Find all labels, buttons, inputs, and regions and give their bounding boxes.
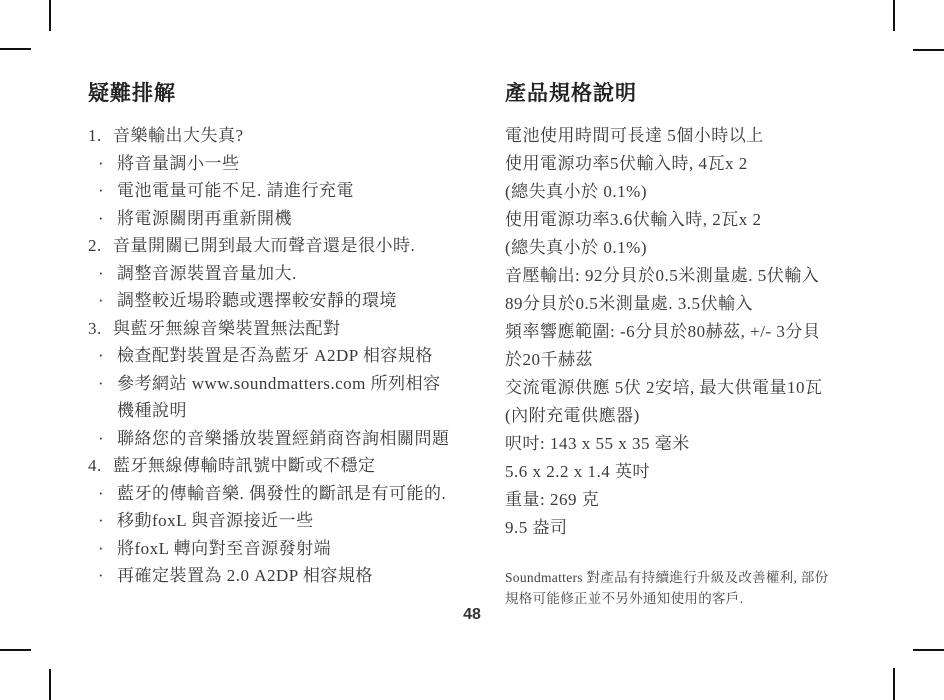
line-text: 藍牙無線傳輸時訊號中斷或不穩定 — [113, 456, 376, 475]
line-marker: · — [98, 562, 104, 590]
troubleshooting-line: ·調整較近場聆聽或選擇較安靜的環境 — [88, 287, 488, 315]
crop-mark-bottom-right-vertical — [893, 668, 895, 700]
crop-mark-bottom-left-vertical — [49, 669, 51, 700]
line-marker: · — [98, 150, 104, 178]
spec-line: 使用電源功率3.6伏輸入時, 2瓦x 2 — [505, 206, 905, 234]
line-text: 調整音源裝置音量加大. — [117, 264, 297, 283]
line-marker: · — [98, 507, 104, 535]
footnote: Soundmatters 對產品有持續進行升級及改善權利, 部份 規格可能修正並… — [505, 568, 905, 609]
spec-line: 於20千赫茲 — [505, 346, 905, 374]
spec-line: 電池使用時間可長達 5個小時以上 — [505, 122, 905, 150]
spec-line: 89分貝於0.5米測量處. 3.5伏輸入 — [505, 290, 905, 318]
crop-mark-top-left-horizontal — [0, 48, 31, 50]
line-text: 調整較近場聆聽或選擇較安靜的環境 — [117, 291, 397, 310]
line-marker: · — [98, 425, 104, 453]
troubleshooting-line: ·藍牙的傳輸音樂. 偶發性的斷訊是有可能的. — [88, 480, 488, 508]
spec-line: 交流電源供應 5伏 2安培, 最大供電量10瓦 — [505, 374, 905, 402]
troubleshooting-line: ·將音量調小一些 — [88, 150, 488, 178]
troubleshooting-line: ·調整音源裝置音量加大. — [88, 260, 488, 288]
line-marker: · — [98, 177, 104, 205]
line-marker: 1. — [88, 122, 102, 150]
specifications-list: 電池使用時間可長達 5個小時以上 使用電源功率5伏輸入時, 4瓦x 2 (總失真… — [505, 122, 905, 542]
line-text: 聯絡您的音樂播放裝置經銷商咨詢相關問題 — [117, 429, 450, 448]
troubleshooting-section: 疑難排解 1.音樂輸出大失真? ·將音量調小一些 ·電池電量可能不足. 請進行充… — [88, 80, 488, 590]
spec-line: 音壓輸出: 92分貝於0.5米測量處. 5伏輸入 — [505, 262, 905, 290]
troubleshooting-line: 3.與藍牙無線音樂裝置無法配對 — [88, 315, 488, 343]
line-text: 將電源關閉再重新開機 — [117, 209, 292, 228]
line-marker: 4. — [88, 452, 102, 480]
footnote-line: Soundmatters 對產品有持續進行升級及改善權利, 部份 — [505, 568, 905, 589]
troubleshooting-line: ·聯絡您的音樂播放裝置經銷商咨詢相關問題 — [88, 425, 488, 453]
troubleshooting-title: 疑難排解 — [88, 80, 488, 108]
spec-line: (內附充電供應器) — [505, 402, 905, 430]
troubleshooting-line: 1.音樂輸出大失真? — [88, 122, 488, 150]
crop-mark-bottom-right-horizontal — [913, 649, 944, 651]
troubleshooting-line: 機種說明 — [88, 397, 488, 425]
line-marker: · — [98, 287, 104, 315]
troubleshooting-line: ·將電源關閉再重新開機 — [88, 205, 488, 233]
line-text: 將音量調小一些 — [117, 154, 240, 173]
line-text: 移動foxL 與音源接近一些 — [117, 511, 314, 530]
line-marker: · — [98, 260, 104, 288]
line-marker: 2. — [88, 232, 102, 260]
spec-line: (總失真小於 0.1%) — [505, 234, 905, 262]
spec-line: 頻率響應範圍: -6分貝於80赫茲, +/- 3分貝 — [505, 318, 905, 346]
troubleshooting-line: ·再確定裝置為 2.0 A2DP 相容規格 — [88, 562, 488, 590]
line-marker: · — [98, 480, 104, 508]
spec-line: 使用電源功率5伏輸入時, 4瓦x 2 — [505, 150, 905, 178]
manual-page: 疑難排解 1.音樂輸出大失真? ·將音量調小一些 ·電池電量可能不足. 請進行充… — [0, 0, 944, 700]
line-text: 機種說明 — [117, 401, 187, 420]
troubleshooting-line: ·檢查配對裝置是否為藍牙 A2DP 相容規格 — [88, 342, 488, 370]
spec-line: 重量: 269 克 — [505, 486, 905, 514]
crop-mark-top-left-vertical — [49, 0, 51, 31]
troubleshooting-line: ·移動foxL 與音源接近一些 — [88, 507, 488, 535]
crop-mark-top-right-horizontal — [913, 49, 944, 51]
troubleshooting-line: ·參考網站 www.soundmatters.com 所列相容 — [88, 370, 488, 398]
spec-line: 9.5 盎司 — [505, 514, 905, 542]
line-marker: · — [98, 205, 104, 233]
line-text: 音樂輸出大失真? — [113, 126, 244, 145]
spec-line: 呎吋: 143 x 55 x 35 毫米 — [505, 430, 905, 458]
line-marker: 3. — [88, 315, 102, 343]
crop-mark-bottom-left-horizontal — [0, 649, 31, 651]
specifications-title: 產品規格說明 — [505, 80, 905, 108]
line-text: 再確定裝置為 2.0 A2DP 相容規格 — [117, 566, 373, 585]
line-text: 檢查配對裝置是否為藍牙 A2DP 相容規格 — [117, 346, 433, 365]
spec-line: 5.6 x 2.2 x 1.4 英吋 — [505, 458, 905, 486]
troubleshooting-line: ·將foxL 轉向對至音源發射端 — [88, 535, 488, 563]
line-marker: · — [98, 342, 104, 370]
line-text: 參考網站 www.soundmatters.com 所列相容 — [117, 374, 441, 393]
line-marker: · — [98, 370, 104, 398]
troubleshooting-line: 2.音量開關已開到最大而聲音還是很小時. — [88, 232, 488, 260]
troubleshooting-line: ·電池電量可能不足. 請進行充電 — [88, 177, 488, 205]
crop-mark-top-right-vertical — [893, 0, 895, 31]
line-text: 藍牙的傳輸音樂. 偶發性的斷訊是有可能的. — [117, 484, 446, 503]
line-marker: · — [98, 535, 104, 563]
spec-line: (總失真小於 0.1%) — [505, 178, 905, 206]
troubleshooting-list: 1.音樂輸出大失真? ·將音量調小一些 ·電池電量可能不足. 請進行充電 ·將電… — [88, 122, 488, 590]
specifications-section: 產品規格說明 電池使用時間可長達 5個小時以上 使用電源功率5伏輸入時, 4瓦x… — [505, 80, 905, 609]
line-text: 將foxL 轉向對至音源發射端 — [117, 539, 331, 558]
line-text: 與藍牙無線音樂裝置無法配對 — [113, 319, 341, 338]
troubleshooting-line: 4.藍牙無線傳輸時訊號中斷或不穩定 — [88, 452, 488, 480]
page-number: 48 — [0, 606, 944, 624]
line-text: 電池電量可能不足. 請進行充電 — [117, 181, 354, 200]
line-text: 音量開關已開到最大而聲音還是很小時. — [113, 236, 415, 255]
